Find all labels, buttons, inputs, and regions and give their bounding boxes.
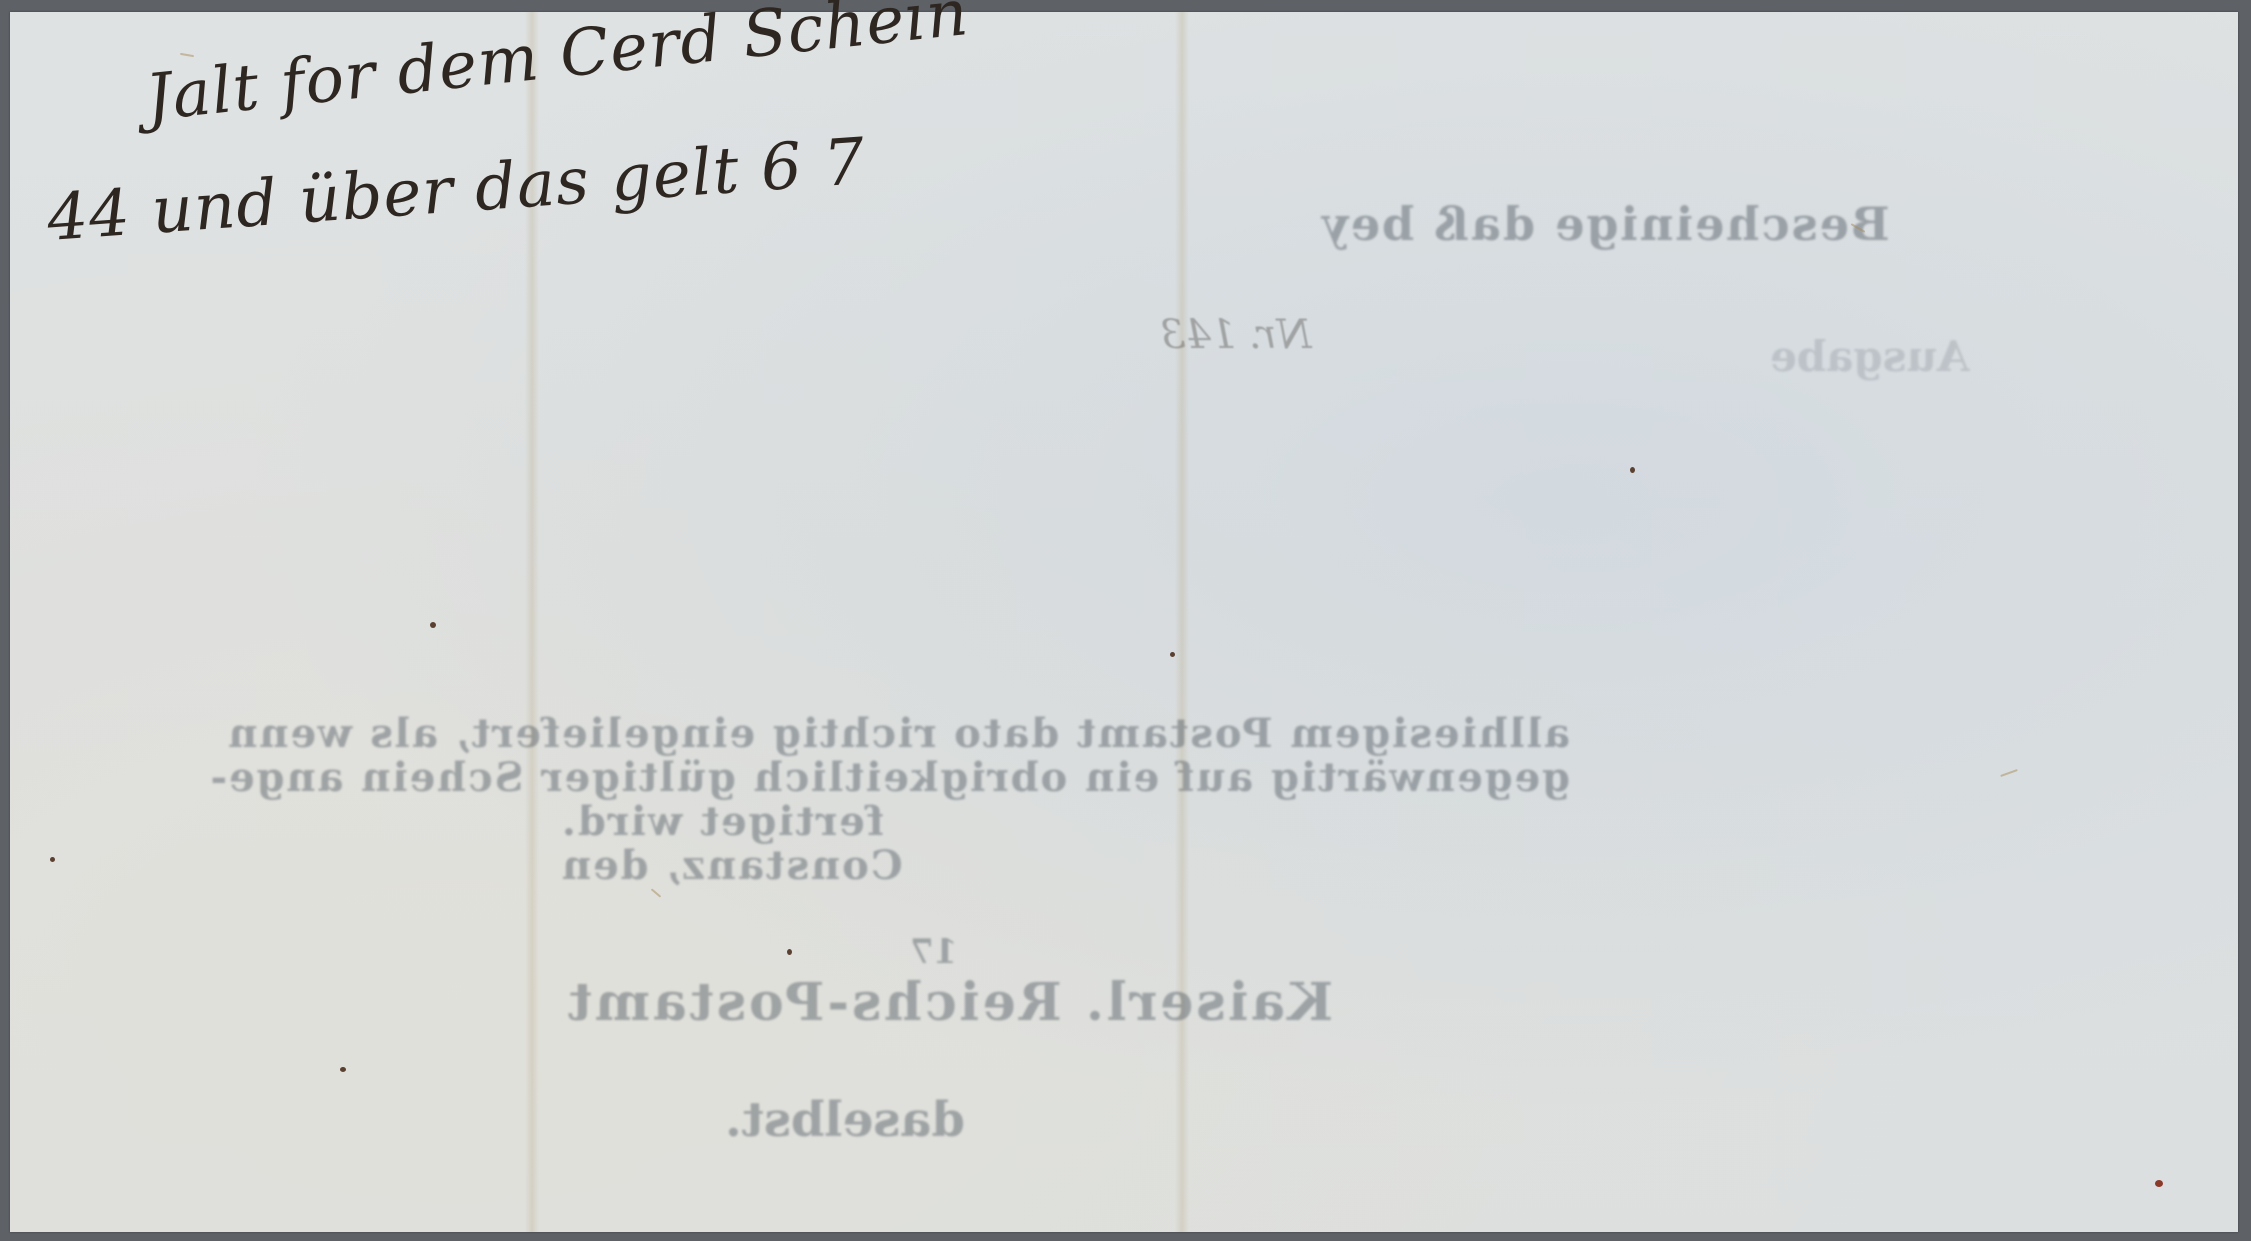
ink-speck bbox=[430, 622, 436, 628]
show-through-body: allhiesigem Postamt dato richtig eingeli… bbox=[560, 712, 1570, 888]
show-through-place-date: Constanz, den bbox=[560, 844, 1570, 888]
show-through-signature: Kaiserl. Reichs-Postamt bbox=[565, 972, 1333, 1033]
paper-fiber bbox=[180, 53, 194, 57]
show-through-body-line-3: fertiget wird. bbox=[560, 800, 1570, 844]
document-paper: Jalt for dem Cerd Schein 44 und über das… bbox=[10, 12, 2238, 1232]
show-through-body-line-2: gegenwärtig auf ein obrigkeitlich gültig… bbox=[560, 756, 1570, 800]
show-through-header: Bescheinige daß bey bbox=[1320, 197, 1890, 251]
show-through-year: 17 bbox=[910, 932, 957, 972]
red-speck bbox=[2155, 1180, 2163, 1187]
show-through-handwritten-word: Ausgabe bbox=[1770, 332, 1969, 381]
handwritten-line-1: Jalt for dem Cerd Schein bbox=[142, 0, 972, 136]
paper-fiber bbox=[651, 888, 661, 897]
ink-speck bbox=[50, 857, 55, 862]
show-through-body-line-1: allhiesigem Postamt dato richtig eingeli… bbox=[560, 712, 1570, 756]
ink-speck bbox=[340, 1067, 346, 1072]
show-through-place: daselbst. bbox=[725, 1092, 965, 1148]
ink-speck bbox=[787, 949, 792, 955]
paper-fiber bbox=[2000, 769, 2018, 777]
ink-speck bbox=[1170, 652, 1175, 657]
fold-crease-center bbox=[1175, 12, 1189, 1232]
ink-speck bbox=[1630, 467, 1635, 473]
show-through-handwritten-fill: Nr. 143 bbox=[1160, 312, 1312, 358]
handwritten-line-2: 44 und über das gelt 6 7 bbox=[45, 125, 868, 256]
